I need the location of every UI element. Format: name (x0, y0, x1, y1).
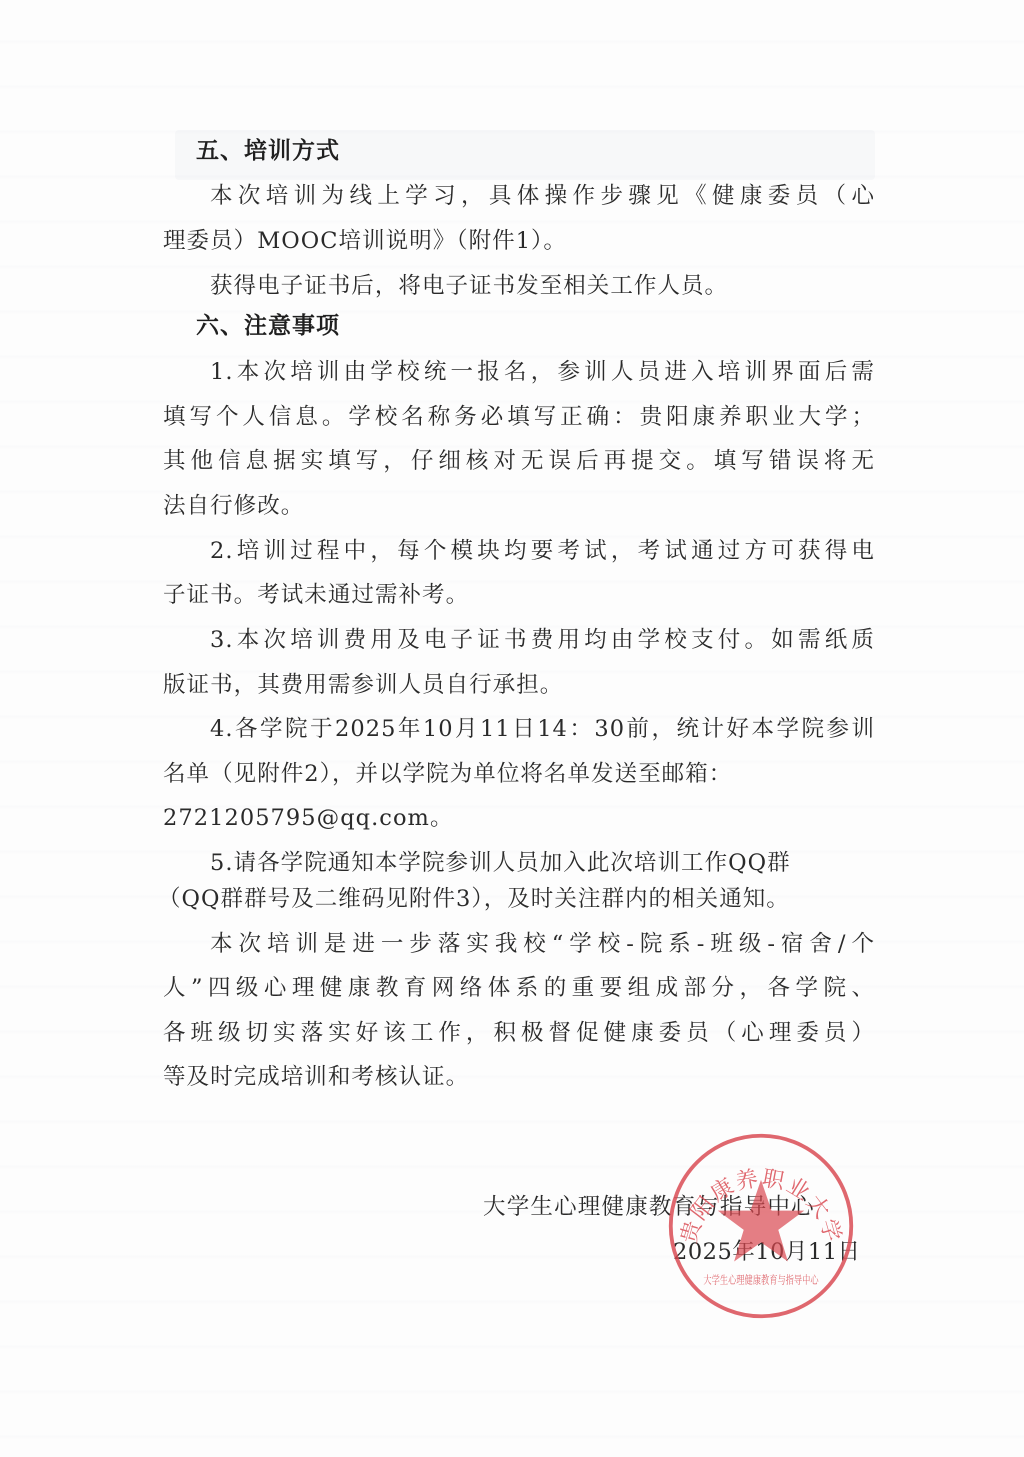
notice-item-3-line: 版证书，其费用需参训人员自行承担。 (163, 670, 875, 700)
closing-line: 人”四级心理健康教育网络体系的重要组成部分，各学院、 (163, 973, 875, 1003)
closing-line: 等及时完成培训和考核认证。 (163, 1062, 875, 1092)
signature-org: 大学生心理健康教育与指导中心 (483, 1192, 815, 1222)
paragraph-line: 本次培训为线上学习，具体操作步骤见《健康委员（心 (210, 181, 875, 211)
notice-item-1-line: 其他信息据实填写，仔细核对无误后再提交。填写错误将无 (163, 446, 875, 476)
signature-date: 2025年10月11日 (673, 1237, 861, 1267)
notice-item-4-line: 4.各学院于2025年10月11日14：30前，统计好本学院参训 (210, 714, 875, 744)
notice-item-1-line: 法自行修改。 (163, 491, 875, 521)
closing-line: 各班级切实落实好该工作，积极督促健康委员（心理委员） (163, 1018, 875, 1048)
notice-item-2-line: 2.培训过程中，每个模块均要考试，考试通过方可获得电 (210, 536, 875, 566)
notice-item-4-email: 2721205795@qq.com。 (163, 803, 875, 833)
seal-bottom-text: 大学生心理健康教育与指导中心 (703, 1273, 819, 1287)
notice-item-5-line: 5.请各学院通知本学院参训人员加入此次培训工作QQ群 (210, 848, 875, 878)
notice-item-3-line: 3.本次培训费用及电子证书费用均由学校支付。如需纸质 (210, 625, 875, 655)
closing-line: 本次培训是进一步落实我校“学校-院系-班级-宿舍/个 (210, 929, 875, 959)
notice-item-1-line: 1.本次培训由学校统一报名，参训人员进入培训界面后需 (210, 357, 875, 387)
document-page: 五、培训方式 本次培训为线上学习，具体操作步骤见《健康委员（心 理委员）MOOC… (0, 0, 1024, 1457)
paragraph-line: 获得电子证书后，将电子证书发至相关工作人员。 (210, 271, 875, 301)
notice-item-2-line: 子证书。考试未通过需补考。 (163, 580, 875, 610)
notice-item-5-line: （QQ群群号及二维码见附件3），及时关注群内的相关通知。 (158, 884, 875, 914)
paragraph-line: 理委员）MOOC培训说明》（附件1）。 (163, 226, 875, 256)
section-heading-notes: 六、注意事项 (196, 311, 340, 341)
official-seal-icon: 贵阳康养职业大学 大学生心理健康教育与指导中心 (665, 1130, 857, 1322)
notice-item-4-line: 名单（见附件2），并以学院为单位将名单发送至邮箱： (163, 759, 875, 789)
notice-item-1-line: 填写个人信息。学校名称务必填写正确：贵阳康养职业大学； (163, 402, 875, 432)
section-heading-training-method: 五、培训方式 (196, 136, 340, 166)
